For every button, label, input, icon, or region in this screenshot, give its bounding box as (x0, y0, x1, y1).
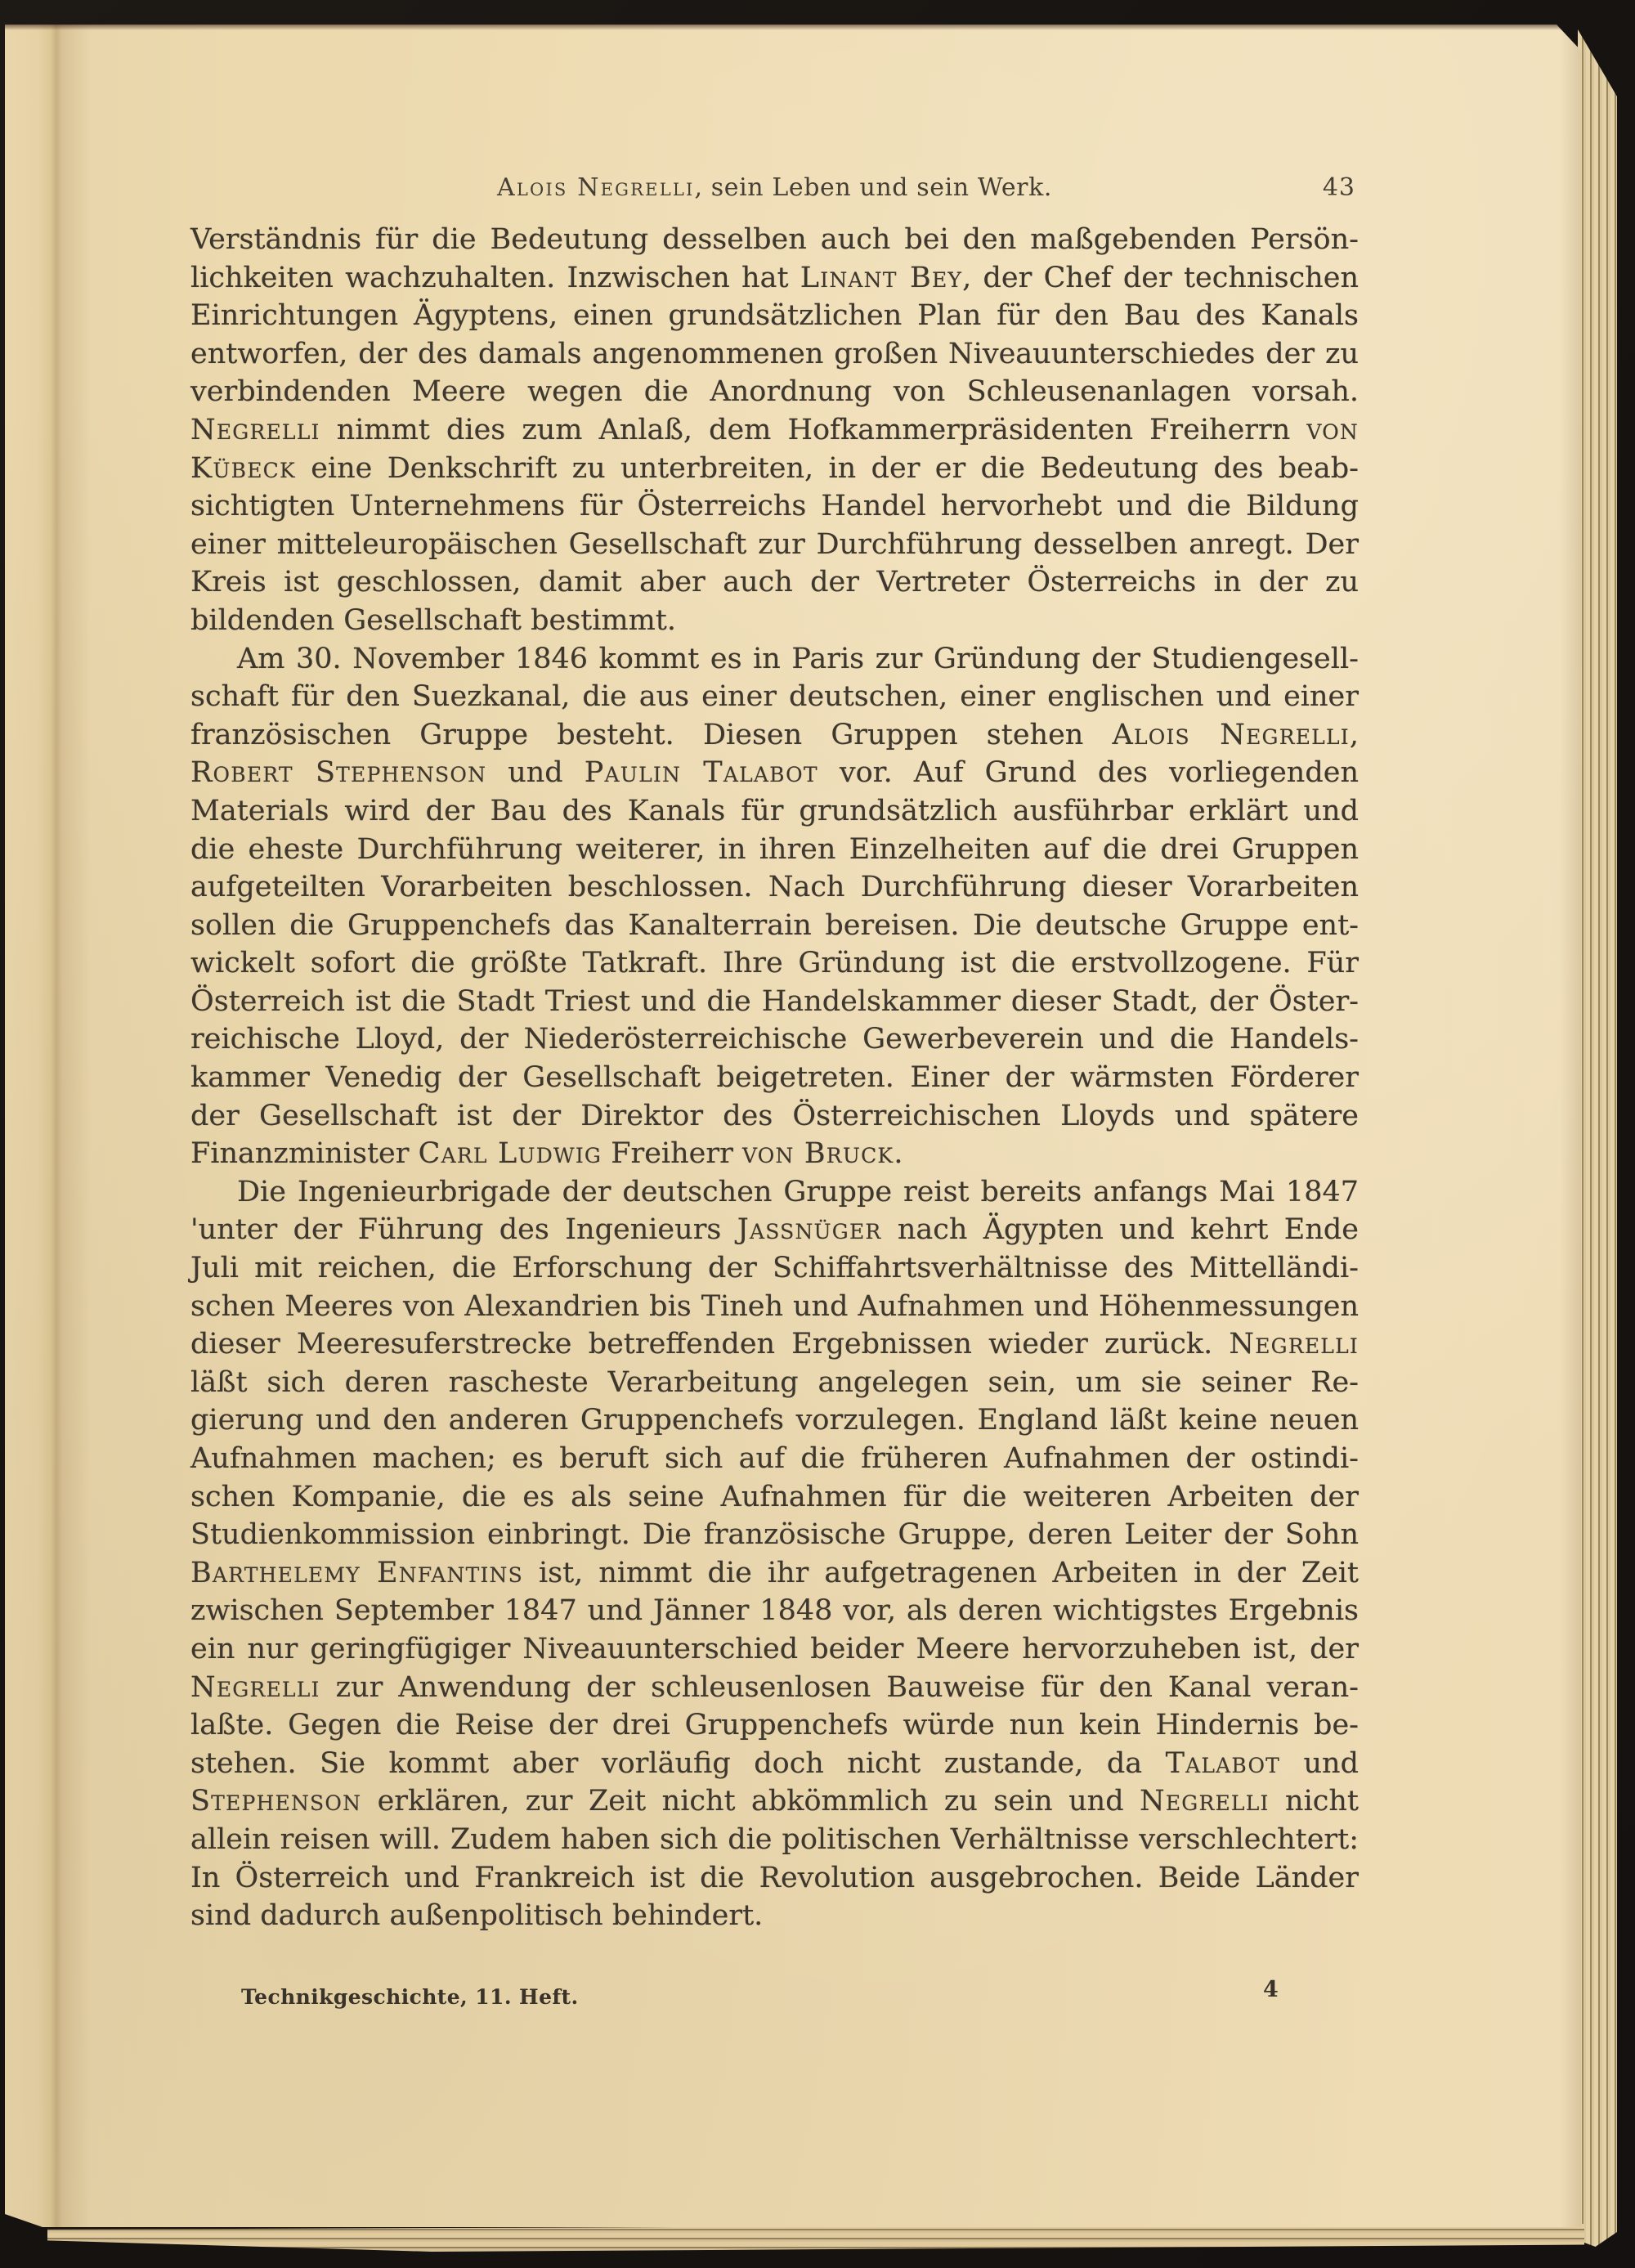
paragraph: Am 30. November 1846 kommt es in Paris z… (190, 640, 1359, 1173)
smallcaps-name: Kübeck (190, 452, 296, 485)
text-line: lichkeiten wachzuhalten. Inzwischen hat … (190, 259, 1359, 298)
text-line: der Gesellschaft ist der Direktor des Ös… (190, 1097, 1359, 1136)
text-line: Robert Stephenson und Paulin Talabot vor… (190, 754, 1359, 792)
text-line: läßt sich deren rascheste Verarbeitung a… (190, 1364, 1359, 1402)
text-line: die eheste Durchführung weiterer, in ihr… (190, 831, 1359, 869)
smallcaps-name: von Bruck (742, 1137, 894, 1170)
text-line: reichische Lloyd, der Niederösterreichis… (190, 1020, 1359, 1059)
paragraph: Verständnis für die Bedeutung desselben … (190, 221, 1359, 640)
smallcaps-name: Jassnüger (737, 1213, 882, 1246)
text-line: Aufnahmen machen; es beruft sich auf die… (190, 1440, 1359, 1478)
smallcaps-name: Talabot (1166, 1747, 1280, 1780)
smallcaps-name: Paulin Talabot (585, 756, 818, 789)
header-author-name: Alois Negrelli (497, 173, 695, 202)
text-line: 'unter der Führung des Ingenieurs Jassnü… (190, 1211, 1359, 1249)
text-line: gierung und den anderen Gruppenchefs vor… (190, 1401, 1359, 1440)
page-footer: Technikgeschichte, 11. Heft. 4 (190, 1980, 1359, 2013)
text-line: aufgeteilten Vorarbeiten beschlossen. Na… (190, 868, 1359, 907)
page-stack-edges-right (1578, 29, 1617, 2247)
book-page: Alois Negrelli, sein Leben und sein Werk… (5, 25, 1581, 2227)
text-line: laßte. Gegen die Reise der drei Gruppenc… (190, 1706, 1359, 1745)
smallcaps-name: Robert Stephenson (190, 756, 486, 789)
smallcaps-name: Negrelli (1140, 1785, 1270, 1818)
header-title-rest: , sein Leben und sein Werk. (694, 173, 1052, 202)
imprint-text: Technikgeschichte, 11. Heft. (241, 1985, 579, 2009)
text-line: Finanzminister Carl Ludwig Freiherr von … (190, 1135, 1359, 1173)
text-line: Negrelli zur Anwendung der schleusenlose… (190, 1669, 1359, 1707)
signature-mark: 4 (1263, 1977, 1279, 2002)
text-line: zwischen September 1847 und Jänner 1848 … (190, 1592, 1359, 1630)
text-line: Österreich ist die Stadt Triest und die … (190, 983, 1359, 1021)
text-line: entworfen, der des damals angenommenen g… (190, 335, 1359, 374)
page-title: Alois Negrelli, sein Leben und sein Werk… (497, 173, 1052, 202)
text-line: französischen Gruppe besteht. Diesen Gru… (190, 716, 1359, 755)
scan-background: Alois Negrelli, sein Leben und sein Werk… (0, 0, 1635, 2268)
text-line: Juli mit reichen, die Erforschung der Sc… (190, 1249, 1359, 1288)
text-line: sind dadurch außenpolitisch behindert. (190, 1897, 1359, 1935)
text-line: Verständnis für die Bedeutung desselben … (190, 221, 1359, 259)
smallcaps-name: Negrelli (190, 1671, 320, 1704)
text-line: Materials wird der Bau des Kanals für gr… (190, 792, 1359, 831)
text-line: bildenden Gesellschaft bestimmt. (190, 602, 1359, 640)
text-line: stehen. Sie kommt aber vorläufig doch ni… (190, 1745, 1359, 1783)
text-line: Studienkommission einbringt. Die französ… (190, 1516, 1359, 1554)
text-line: wickelt sofort die größte Tatkraft. Ihre… (190, 944, 1359, 983)
page-number: 43 (1323, 170, 1355, 206)
text-line: verbindenden Meere wegen die Anordnung v… (190, 373, 1359, 411)
text-line: Stephenson erklären, zur Zeit nicht abkö… (190, 1782, 1359, 1821)
text-line: allein reisen will. Zudem haben sich die… (190, 1821, 1359, 1859)
text-line: sollen die Gruppenchefs das Kanalterrain… (190, 907, 1359, 945)
text-line: Am 30. November 1846 kommt es in Paris z… (190, 640, 1359, 679)
smallcaps-name: Stephenson (190, 1785, 361, 1818)
text-line: sichtigten Unternehmens für Österreichs … (190, 487, 1359, 526)
smallcaps-name: Barthelemy Enfantins (190, 1557, 523, 1589)
text-line: einer mitteleuropäischen Gesellschaft zu… (190, 526, 1359, 564)
smallcaps-name: Carl Ludwig (419, 1137, 602, 1170)
smallcaps-name: Negrelli (190, 414, 320, 446)
text-line: Einrichtungen Ägyptens, einen grundsätzl… (190, 297, 1359, 335)
smallcaps-name: Linant Bey (800, 262, 962, 294)
paragraph: Die Ingenieurbrigade der deutschen Grupp… (190, 1173, 1359, 1935)
text-line: Die Ingenieurbrigade der deutschen Grupp… (190, 1173, 1359, 1212)
text-line: Kübeck eine Denkschrift zu unterbreiten,… (190, 450, 1359, 488)
text-line: Negrelli nimmt dies zum Anlaß, dem Hofka… (190, 411, 1359, 450)
smallcaps-name: Alois Negrelli (1113, 719, 1350, 751)
text-line: In Österreich und Frankreich ist die Rev… (190, 1859, 1359, 1898)
text-line: Kreis ist geschlossen, damit aber auch d… (190, 563, 1359, 602)
text-line: kammer Venedig der Gesellschaft beigetre… (190, 1059, 1359, 1097)
text-line: dieser Meeresuferstrecke betreffenden Er… (190, 1325, 1359, 1364)
body-text: Verständnis für die Bedeutung desselben … (190, 221, 1359, 1935)
text-line: schen Meeres von Alexandrien bis Tineh u… (190, 1288, 1359, 1326)
page-stack-edges-bottom (47, 2224, 1584, 2252)
running-header: Alois Negrelli, sein Leben und sein Werk… (190, 170, 1359, 206)
smallcaps-name: von (1306, 414, 1359, 446)
text-line: schen Kompanie, die es als seine Aufnahm… (190, 1478, 1359, 1517)
text-line: ein nur geringfügiger Niveauunterschied … (190, 1630, 1359, 1669)
smallcaps-name: Negrelli (1229, 1328, 1359, 1360)
text-line: Barthelemy Enfantins ist, nimmt die ihr … (190, 1554, 1359, 1593)
text-line: schaft für den Suezkanal, die aus einer … (190, 678, 1359, 716)
